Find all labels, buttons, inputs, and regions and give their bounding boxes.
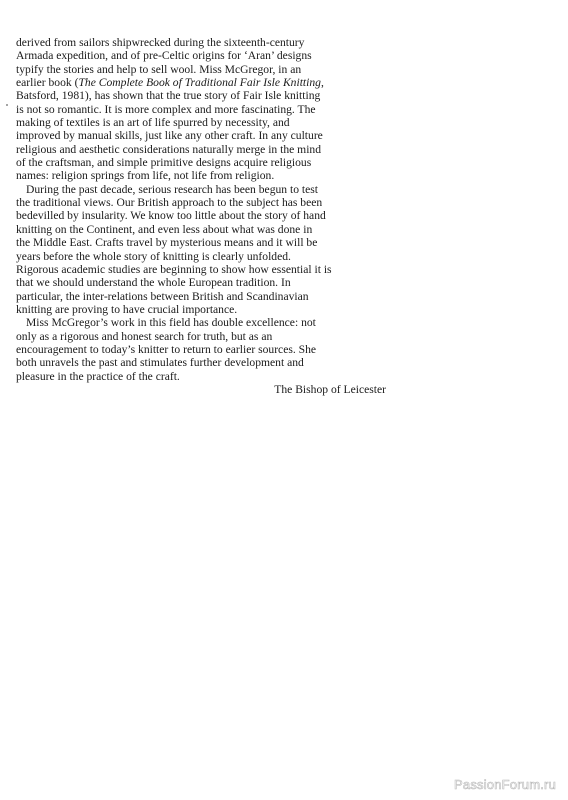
text-line: pleasure in the practice of the craft. — [16, 370, 386, 383]
text-line: During the past decade, serious research… — [16, 183, 386, 196]
text-line: encouragement to today’s knitter to retu… — [16, 343, 386, 356]
text-segment: , — [321, 76, 324, 89]
text-line: improved by manual skills, just like any… — [16, 129, 386, 142]
scan-dot — [6, 104, 8, 106]
text-segment: earlier book ( — [16, 76, 78, 89]
text-line: typify the stories and help to sell wool… — [16, 63, 386, 76]
text-line: only as a rigorous and honest search for… — [16, 330, 386, 343]
text-line: names: religion springs from life, not l… — [16, 169, 386, 182]
text-line: earlier book (The Complete Book of Tradi… — [16, 76, 386, 89]
text-line: of the craftsman, and simple primitive d… — [16, 156, 386, 169]
text-line: knitting are proving to have crucial imp… — [16, 303, 386, 316]
text-line: the Middle East. Crafts travel by myster… — [16, 236, 386, 249]
text-line: knitting on the Continent, and even less… — [16, 223, 386, 236]
text-line: Armada expedition, and of pre-Celtic ori… — [16, 49, 386, 62]
text-line: that we should understand the whole Euro… — [16, 276, 386, 289]
text-line: the traditional views. Our British appro… — [16, 196, 386, 209]
watermark: PassionForum.ru — [454, 777, 556, 792]
text-line: years before the whole story of knitting… — [16, 250, 386, 263]
text-line: making of textiles is an art of life spu… — [16, 116, 386, 129]
text-line: particular, the inter-relations between … — [16, 290, 386, 303]
text-line: religious and aesthetic considerations n… — [16, 143, 386, 156]
text-line: derived from sailors shipwrecked during … — [16, 36, 386, 49]
text-line: Miss McGregor’s work in this field has d… — [16, 316, 386, 329]
text-line: is not so romantic. It is more complex a… — [16, 103, 386, 116]
text-line: Batsford, 1981), has shown that the true… — [16, 89, 386, 102]
text-line: bedevilled by insularity. We know too li… — [16, 209, 386, 222]
text-line: both unravels the past and stimulates fu… — [16, 356, 386, 369]
book-title: The Complete Book of Traditional Fair Is… — [78, 76, 321, 89]
signature: The Bishop of Leicester — [16, 383, 386, 396]
text-line: Rigorous academic studies are beginning … — [16, 263, 386, 276]
foreword-text: derived from sailors shipwrecked during … — [16, 36, 386, 396]
